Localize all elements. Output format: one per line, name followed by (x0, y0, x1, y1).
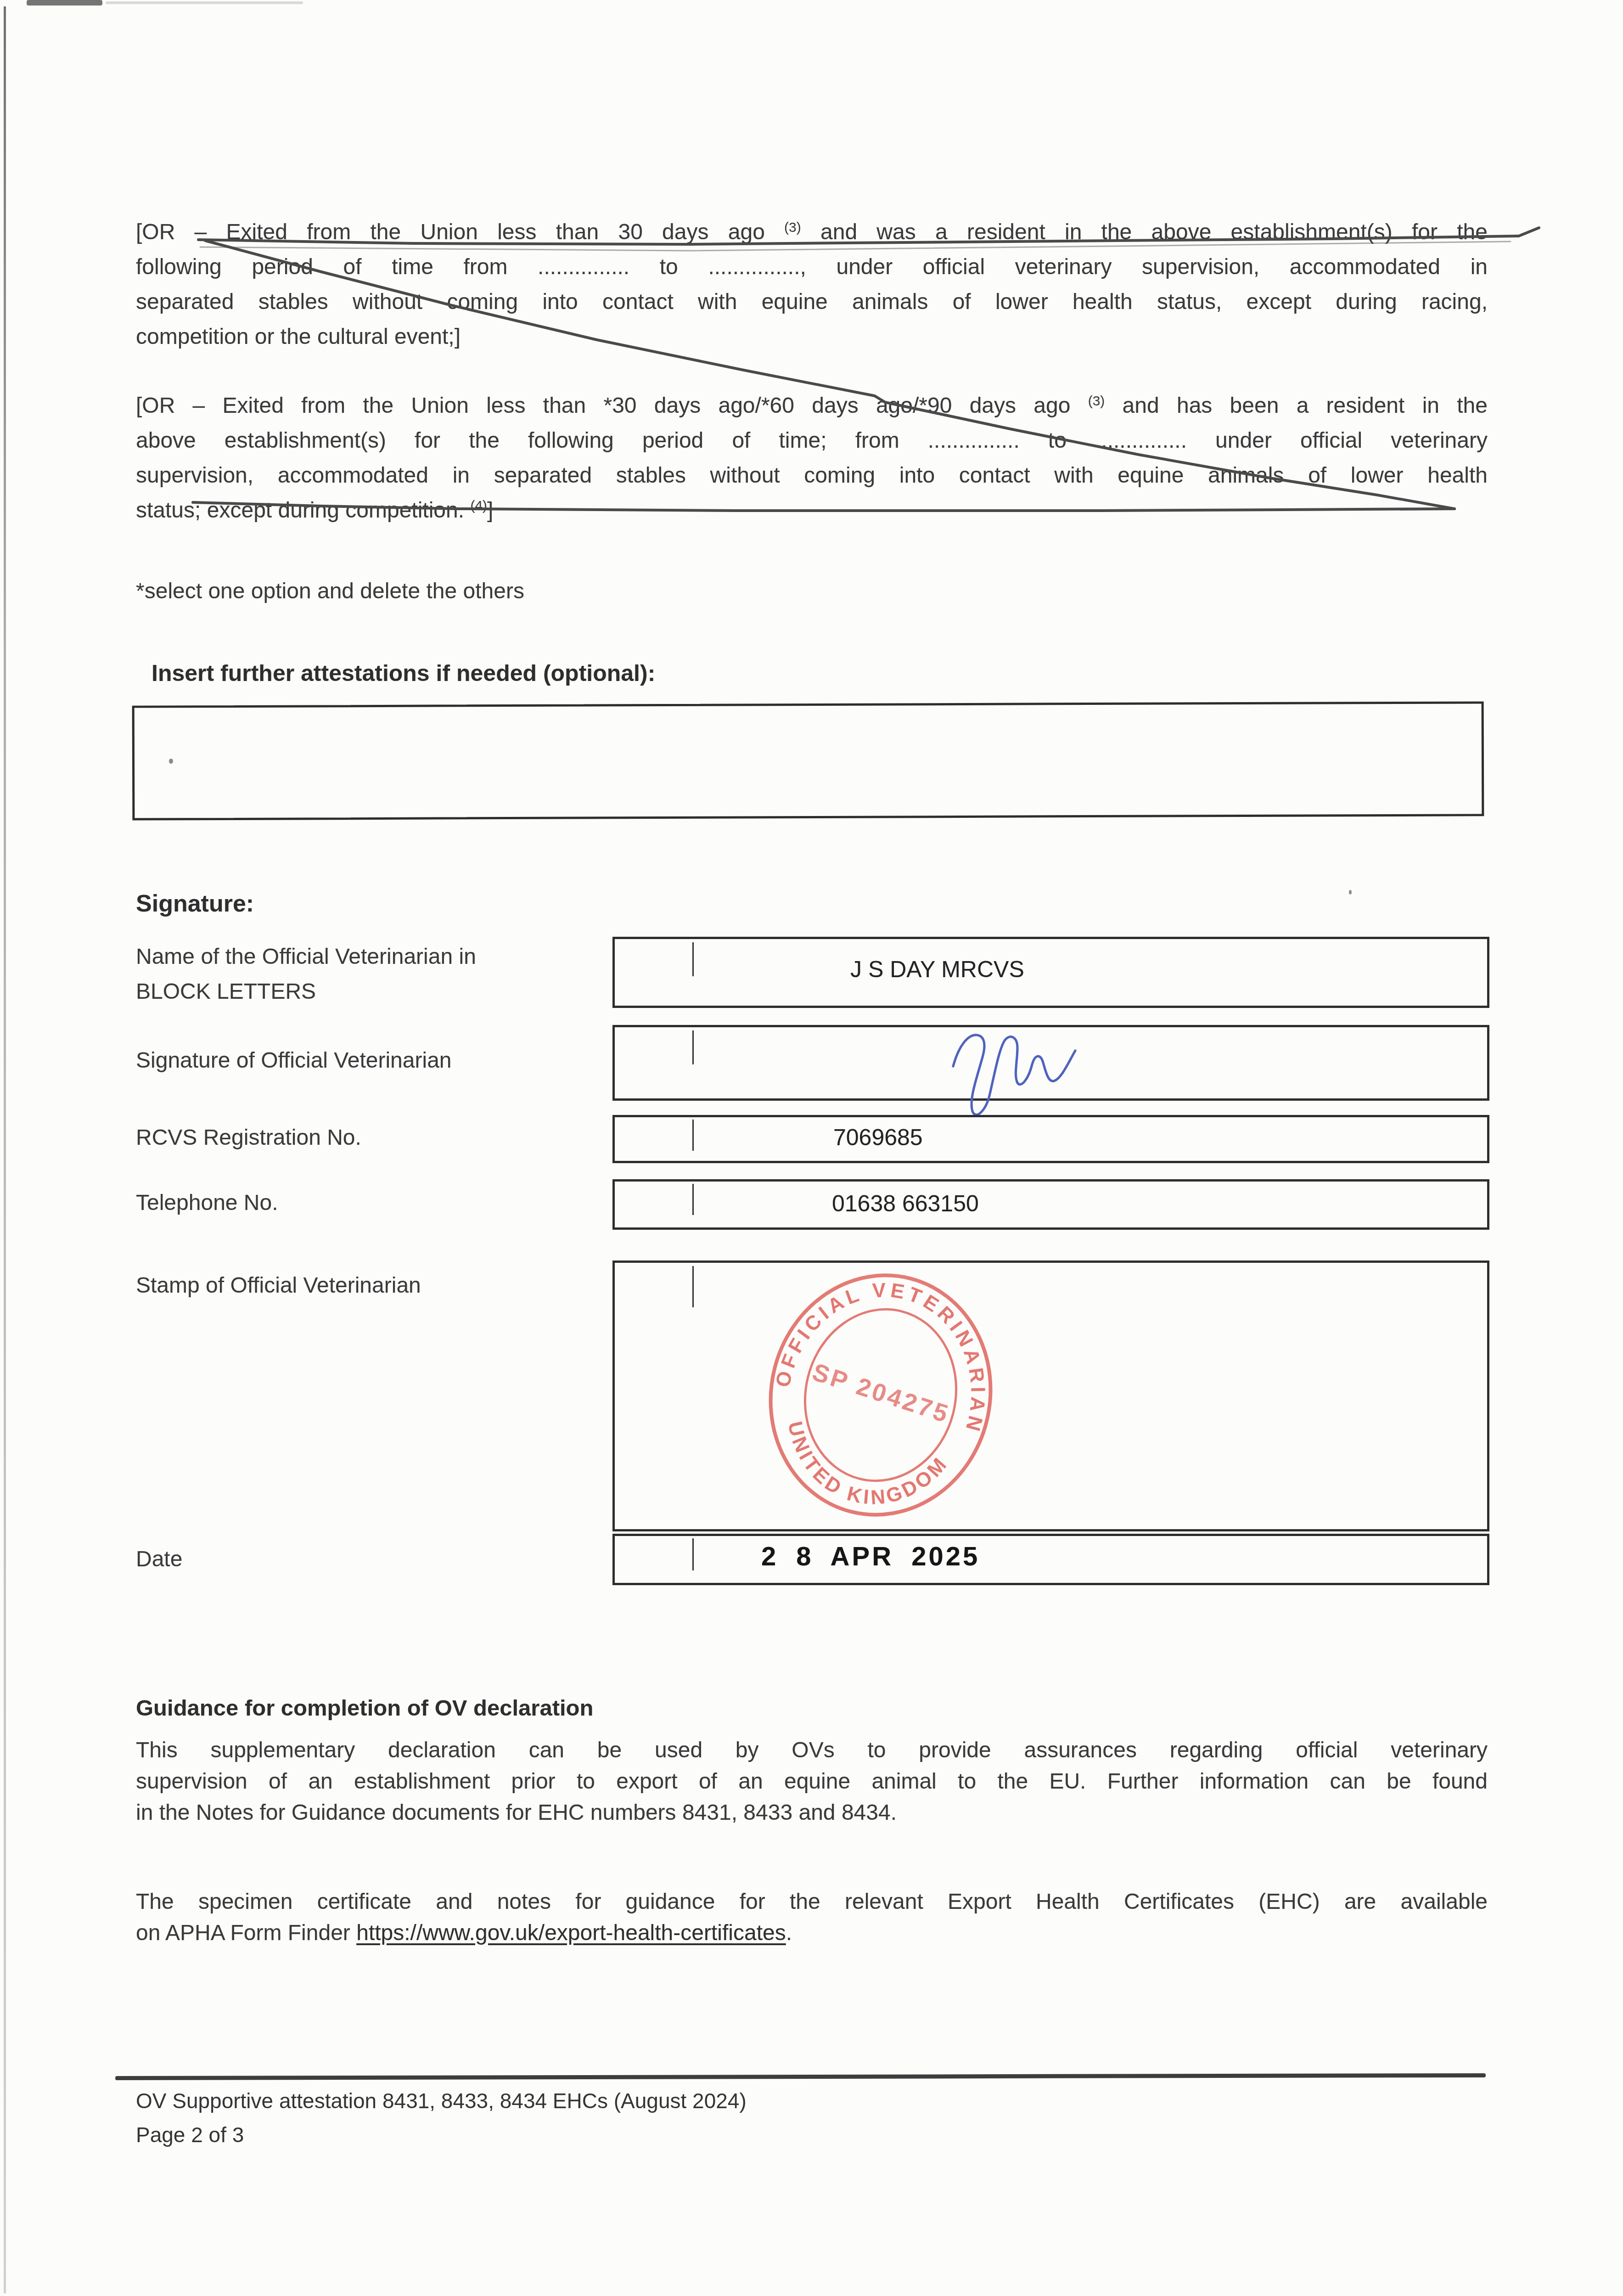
strikethrough-option2-line (193, 502, 1455, 511)
diagonal-strike-line (205, 241, 1455, 509)
scanned-document-page: [OR – Exited from the Union less than 30… (0, 0, 1623, 2296)
strikeout-overlay (0, 0, 1623, 2296)
strikethrough-option1-line (198, 228, 1539, 244)
